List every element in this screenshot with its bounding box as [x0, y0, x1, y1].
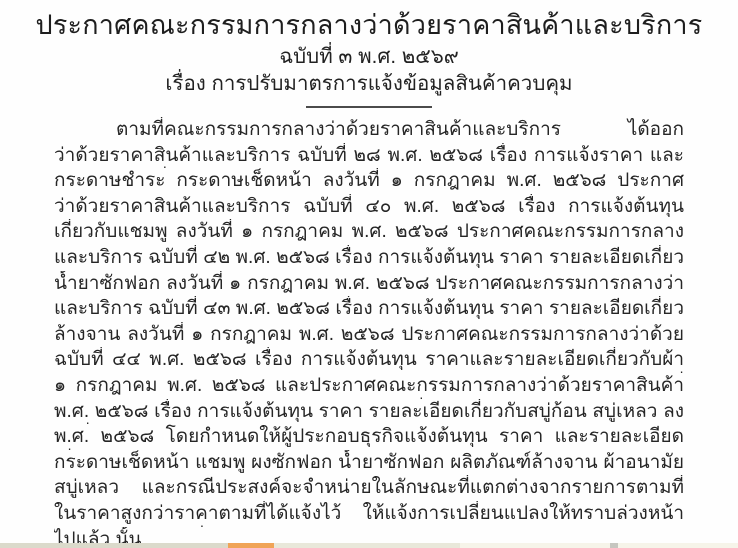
title-divider [306, 106, 432, 108]
strip-segment [274, 543, 460, 548]
document-title: ประกาศคณะกรรมการกลางว่าด้วยราคาสินค้าและ… [0, 0, 738, 43]
strip-segment [0, 543, 228, 548]
strip-segment [618, 543, 738, 548]
bottom-edge-strip [0, 543, 738, 548]
body-line: ในราคาสูงกว่าราคาตามที่ได้แจ้งไว้ ให้แจ้… [54, 501, 684, 527]
body-line: และบริการ ฉบับที่ ๔๒ พ.ศ. ๒๕๖๘ เรื่อง กา… [54, 245, 684, 271]
strip-segment [228, 543, 274, 548]
strip-segment [460, 543, 610, 548]
body-line: พ.ศ. ๒๕๖๘ เรื่อง การแจ้งต้นทุน ราคา รายล… [54, 399, 684, 425]
document-subject-line: เรื่อง การปรับมาตรการแจ้งข้อมูลสินค้าควบ… [0, 70, 738, 97]
body-line: ฉบับที่ ๔๔ พ.ศ. ๒๕๖๘ เรื่อง การแจ้งต้นทุ… [54, 347, 684, 373]
strip-segment [610, 543, 618, 548]
document-page: ประกาศคณะกรรมการกลางว่าด้วยราคาสินค้าและ… [0, 0, 738, 548]
body-line: ตามที่คณะกรรมการกลางว่าด้วยราคาสินค้าและ… [54, 117, 684, 143]
document-issue-line: ฉบับที่ ๓ พ.ศ. ๒๕๖๙ [0, 43, 738, 70]
body-line: ว่าด้วยราคาสินค้าและบริการ ฉบับที่ ๒๘ พ.… [54, 143, 684, 169]
body-line: ๑ กรกฎาคม พ.ศ. ๒๕๖๘ และประกาศคณะกรรมการก… [54, 373, 684, 399]
document-body: ตามที่คณะกรรมการกลางว่าด้วยราคาสินค้าและ… [54, 117, 684, 548]
body-line: เกี่ยวกับแชมพู ลงวันที่ ๑ กรกฎาคม พ.ศ. ๒… [54, 219, 684, 245]
body-line: กระดาษชำระ กระดาษเช็ดหน้า ลงวันที่ ๑ กรก… [54, 168, 684, 194]
body-line: น้ำยาซักฟอก ลงวันที่ ๑ กรกฎาคม พ.ศ. ๒๕๖๘… [54, 271, 684, 297]
body-line: พ.ศ. ๒๕๖๘ โดยกำหนดให้ผู้ประกอบธุรกิจแจ้ง… [54, 424, 684, 450]
body-line: สบู่เหลว และกรณีประสงค์จะจำหน่ายในลักษณะ… [54, 475, 684, 501]
body-line: ล้างจาน ลงวันที่ ๑ กรกฎาคม พ.ศ. ๒๕๖๘ ประ… [54, 322, 684, 348]
body-line: กระดาษเช็ดหน้า แชมพู ผงซักฟอก น้ำยาซักฟอ… [54, 450, 684, 476]
body-line: และบริการ ฉบับที่ ๔๓ พ.ศ. ๒๕๖๘ เรื่อง กา… [54, 296, 684, 322]
body-line: ว่าด้วยราคาสินค้าและบริการ ฉบับที่ ๔๐ พ.… [54, 194, 684, 220]
